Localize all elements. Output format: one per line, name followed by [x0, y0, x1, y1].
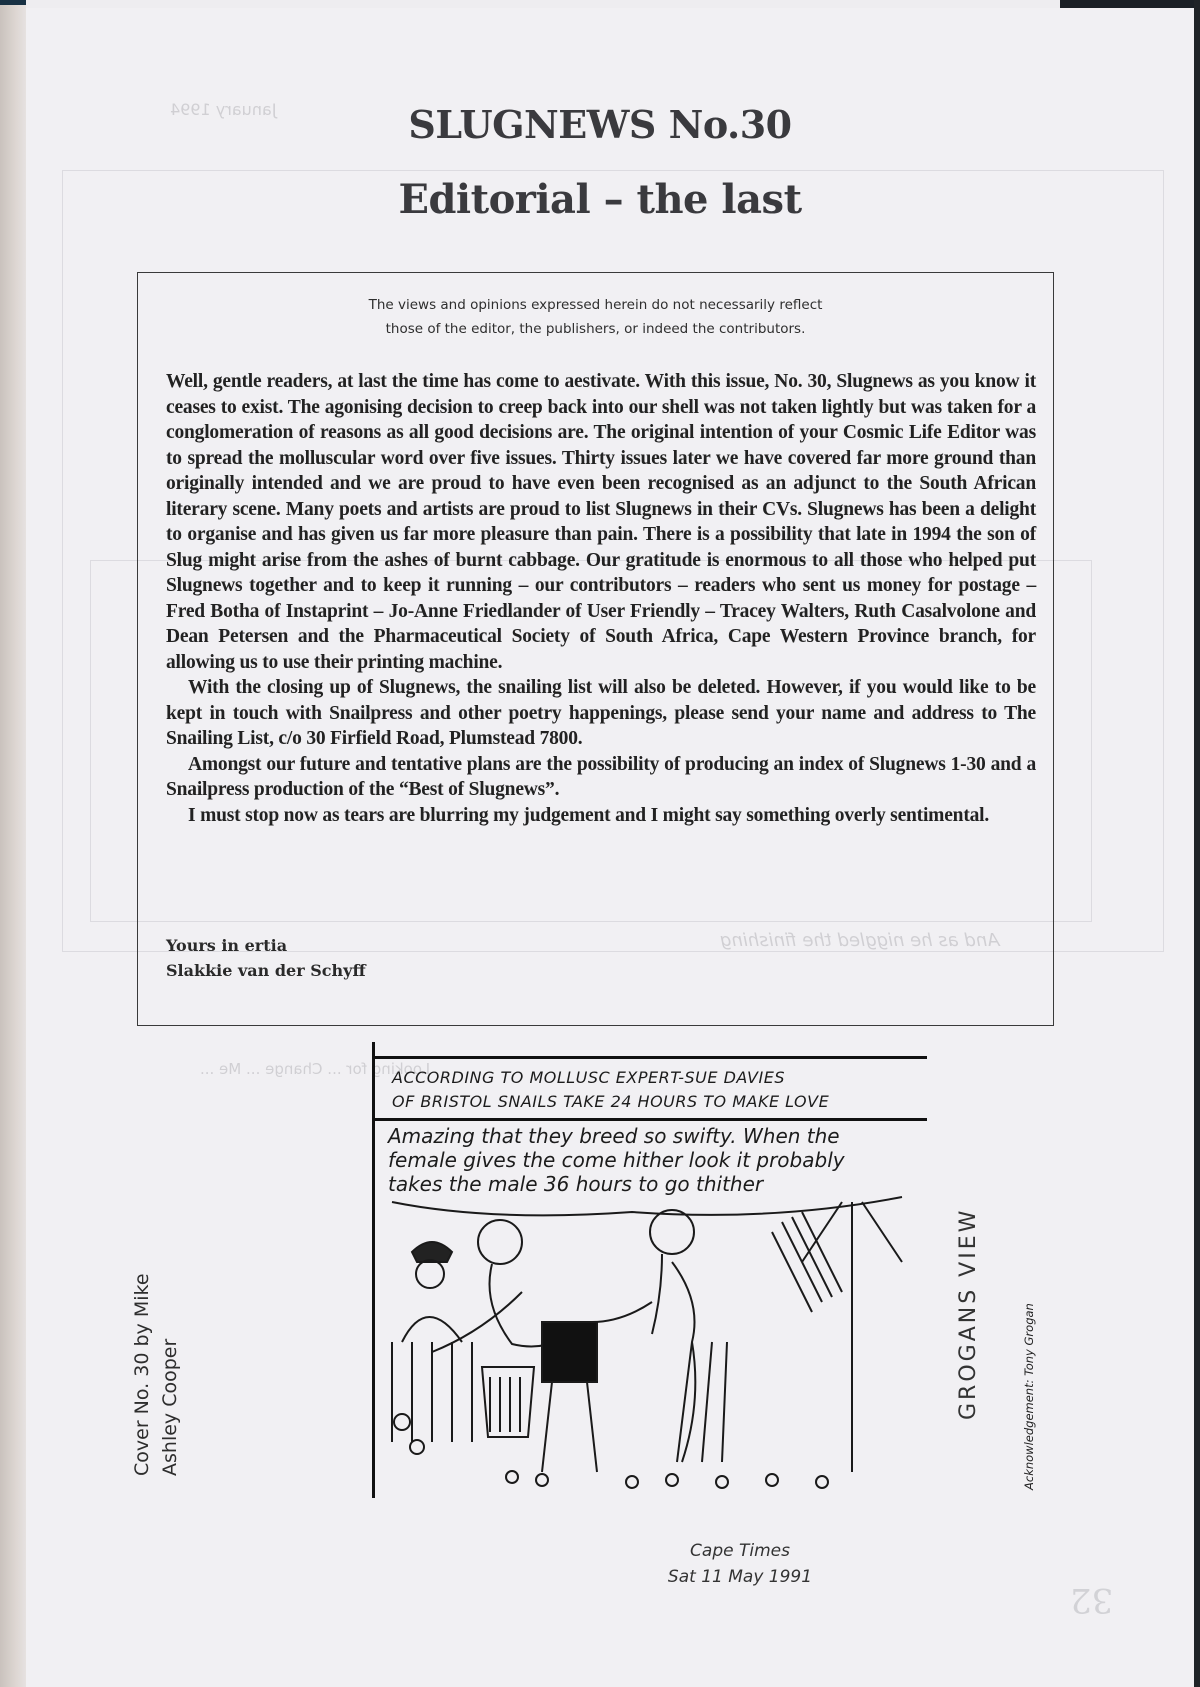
editorial-body: Well, gentle readers, at last the time h… [166, 369, 1036, 828]
cartoon-source-date: Sat 11 May 1991 [620, 1564, 860, 1590]
cartoon-acknowledgement: Acknowledgement: Tony Grogan [1022, 1303, 1036, 1490]
editorial-paragraph-2: With the closing up of Slugnews, the sna… [166, 675, 1036, 752]
disclaimer-line-2: those of the editor, the publishers, or … [138, 317, 1053, 341]
editorial-paragraph-3: Amongst our future and tentative plans a… [166, 752, 1036, 803]
cartoon-illustration [372, 1192, 927, 1492]
editorial-box: The views and opinions expressed herein … [137, 272, 1054, 1026]
cartoonist-signature: GROGANS VIEW [956, 1208, 981, 1420]
cartoon-source: Cape Times Sat 11 May 1991 [620, 1538, 860, 1590]
cover-credit-line-1: Cover No. 30 by Mike [128, 1273, 156, 1476]
editorial-paragraph-1: Well, gentle readers, at last the time h… [166, 369, 1036, 675]
cartoon-caption-line-2: OF BRISTOL SNAILS TAKE 24 HOURS TO MAKE … [392, 1092, 829, 1111]
signoff: Yours in ertia Slakkie van der Schyff [166, 933, 366, 983]
cartoon-source-paper: Cape Times [620, 1538, 860, 1564]
binding-top-edge [0, 0, 26, 5]
binding-spine [0, 0, 26, 1687]
cover-credit: Cover No. 30 by Mike Ashley Cooper [128, 1273, 184, 1476]
cartoon-rule-top [372, 1056, 927, 1059]
cartoon-rule-mid [372, 1118, 927, 1121]
editorial-paragraph-4: I must stop now as tears are blurring my… [166, 803, 1036, 829]
signoff-closing: Yours in ertia [166, 933, 366, 958]
disclaimer-line-1: The views and opinions expressed herein … [138, 293, 1053, 317]
disclaimer: The views and opinions expressed herein … [138, 293, 1053, 341]
scan-border-right [1194, 0, 1200, 1687]
signoff-author: Slakkie van der Schyff [166, 958, 366, 983]
page-subtitle: Editorial – the last [0, 176, 1200, 223]
cartoon-caption-line-1: ACCORDING TO MOLLUSC EXPERT-SUE DAVIES [392, 1068, 785, 1087]
cartoon-speech-bubble: Amazing that they breed so swifty. When … [388, 1124, 898, 1196]
cover-credit-line-2: Ashley Cooper [156, 1273, 184, 1476]
cartoon: ACCORDING TO MOLLUSC EXPERT-SUE DAVIES O… [372, 1042, 927, 1498]
page-number-bleed-through: 32 [1070, 1580, 1113, 1620]
page-title: SLUGNEWS No.30 [0, 102, 1200, 147]
